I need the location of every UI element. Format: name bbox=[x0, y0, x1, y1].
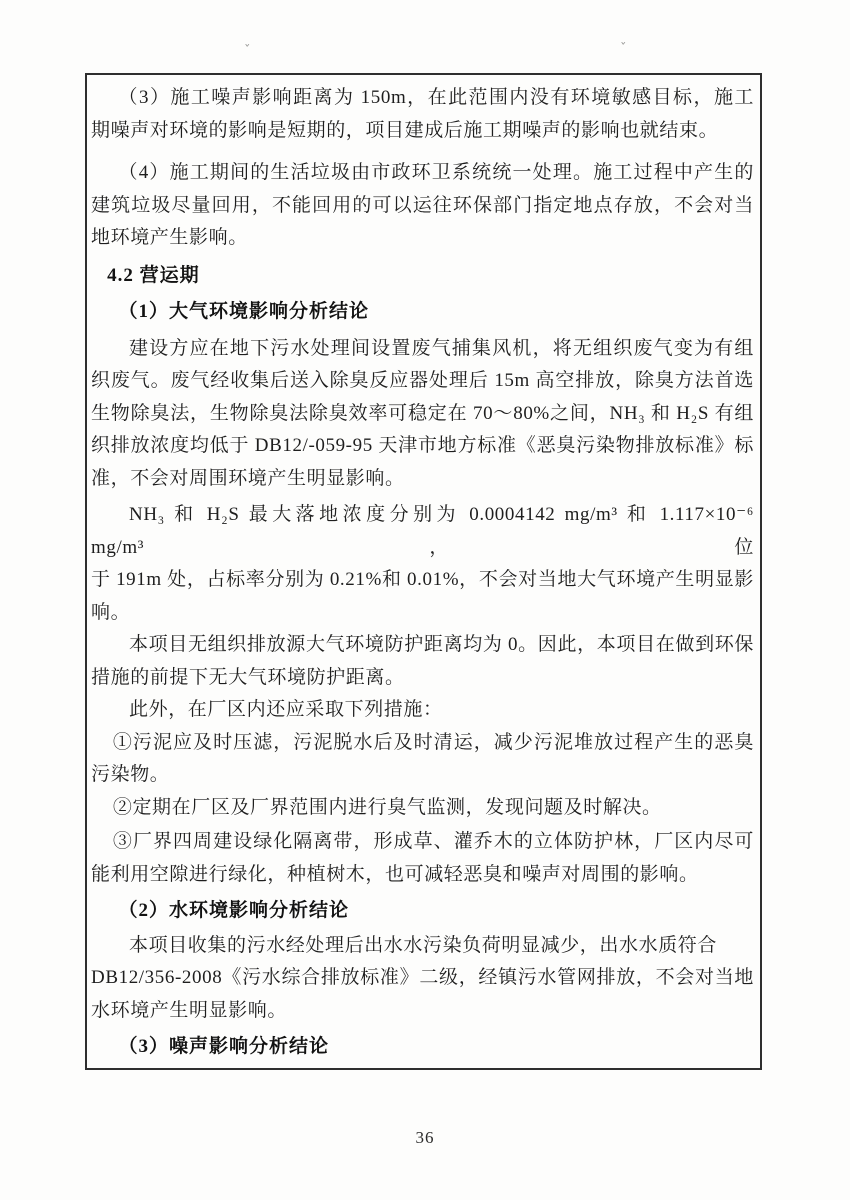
para-water-discharge-line: 水环境产生明显影响。 bbox=[91, 995, 754, 1028]
para-air-concentration-line: 响。 bbox=[91, 597, 754, 630]
para-water-discharge-line: 本项目收集的污水经处理后出水水污染负荷明显减少，出水水质符合 bbox=[91, 930, 754, 963]
para-water-discharge-line: DB12/356-2008《污水综合排放标准》二级，经镇污水管网排放，不会对当地 bbox=[91, 962, 754, 995]
list-item-measure-greenbelt-line: 能利用空隙进行绿化，种植树木，也可减轻恶臭和噪声对周围的影响。 bbox=[91, 859, 754, 892]
para-construction-waste-line: （4）施工期间的生活垃圾由市政环卫系统统一处理。施工过程中产生的 bbox=[91, 157, 754, 190]
para-air-measures-intro-line: 此外，在厂区内还应采取下列措施： bbox=[91, 694, 754, 727]
para-air-concentration-line: NH₃ 和 H₂S 最大落地浓度分别为 0.0004142 mg/m³ 和 1.… bbox=[91, 499, 754, 564]
list-item-measure-monitoring-line: ②定期在厂区及厂界范围内进行臭气监测，发现问题及时解决。 bbox=[91, 792, 754, 825]
para-air-odor-treatment-line: 织排放浓度均低于 DB12/-059-95 天津市地方标准《恶臭污染物排放标准》… bbox=[91, 430, 754, 463]
list-item-measure-greenbelt-line: ③厂界四周建设绿化隔离带，形成草、灌乔木的立体防护林，厂区内尽可 bbox=[91, 826, 754, 859]
list-item-measure-sludge-line: 污染物。 bbox=[91, 759, 754, 792]
scanned-document-page: ˇ ˇ （3）施工噪声影响距离为 150m，在此范围内没有环境敏感目标，施工 期… bbox=[0, 0, 850, 1200]
para-air-odor-treatment-line: 织废气。废气经收集后送入除臭反应器处理后 15m 高空排放，除臭方法首选 bbox=[91, 365, 754, 398]
subsection-heading-noise-impact: （3）噪声影响分析结论 bbox=[91, 1031, 754, 1064]
page-number: 36 bbox=[0, 1128, 850, 1148]
para-construction-waste-line: 地环境产生影响。 bbox=[91, 222, 754, 255]
document-content-frame: （3）施工噪声影响距离为 150m，在此范围内没有环境敏感目标，施工 期噪声对环… bbox=[85, 73, 762, 1070]
para-air-protection-distance-line: 措施的前提下无大气环境防护距离。 bbox=[91, 662, 754, 695]
para-air-odor-treatment-line: 建设方应在地下污水处理间设置废气捕集风机，将无组织废气变为有组 bbox=[91, 333, 754, 366]
para-air-odor-treatment-line: 准，不会对周围环境产生明显影响。 bbox=[91, 463, 754, 496]
list-item-noise-insulation-line: ①对污水处理间应设置隔声门窗，墙壁采用吸音材料，平时门窗应关闭。 bbox=[91, 1066, 754, 1071]
para-construction-waste-line: 建筑垃圾尽量回用，不能回用的可以运往环保部门指定地点存放，不会对当 bbox=[91, 190, 754, 223]
para-air-protection-distance-line: 本项目无组织排放源大气环境防护距离均为 0。因此，本项目在做到环保 bbox=[91, 629, 754, 662]
subsection-heading-air-impact: （1）大气环境影响分析结论 bbox=[91, 296, 754, 329]
scan-artifact-mark: ˇ bbox=[620, 42, 627, 57]
para-construction-noise-line: 期噪声对环境的影响是短期的，项目建成后施工期噪声的影响也就结束。 bbox=[91, 115, 754, 148]
subsection-heading-water-impact: （2）水环境影响分析结论 bbox=[91, 895, 754, 928]
scan-artifact-mark: ˇ bbox=[244, 44, 251, 59]
section-heading-operation-period: 4.2 营运期 bbox=[91, 260, 754, 293]
list-item-measure-sludge-line: ①污泥应及时压滤，污泥脱水后及时清运，减少污泥堆放过程产生的恶臭 bbox=[91, 727, 754, 760]
para-air-concentration-line: 于 191m 处，占标率分别为 0.21%和 0.01%，不会对当地大气环境产生… bbox=[91, 564, 754, 597]
para-construction-noise-line: （3）施工噪声影响距离为 150m，在此范围内没有环境敏感目标，施工 bbox=[91, 82, 754, 115]
para-air-odor-treatment-line: 生物除臭法，生物除臭法除臭效率可稳定在 70～80%之间，NH₃ 和 H₂S 有… bbox=[91, 398, 754, 431]
